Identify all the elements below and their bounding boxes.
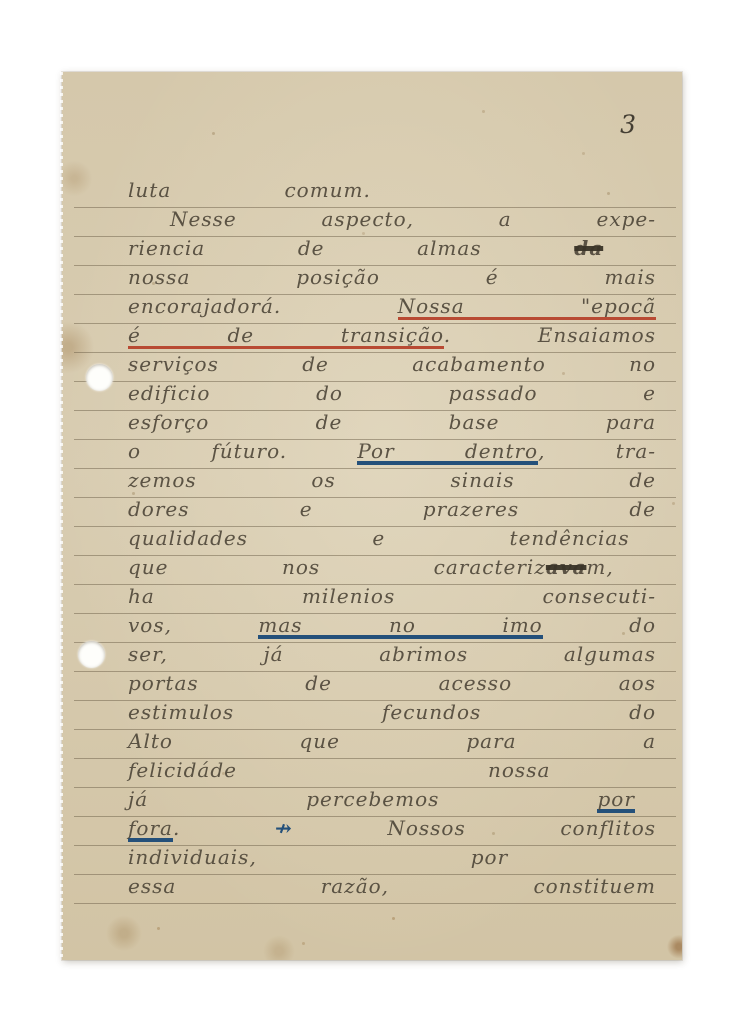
struck-text: ava xyxy=(546,555,587,579)
underlined-text: Por dentro xyxy=(357,439,538,465)
text-line: felicidáde nossa xyxy=(128,758,550,787)
underlined-text: é de transição xyxy=(128,323,444,349)
text-line: fora. ↛ Nossos conflitos xyxy=(128,816,656,845)
text-line: zemos os sinais de xyxy=(128,468,656,497)
handwritten-text: ser, já abrimos algumas xyxy=(128,642,656,666)
text-line: individuais, por xyxy=(128,845,508,874)
hole-punch-top xyxy=(86,364,113,391)
underlined-text: Nossa "epocã xyxy=(398,294,656,320)
text-line: nossa posição é mais xyxy=(128,265,656,294)
handwritten-text: nossa posição é mais xyxy=(128,265,656,289)
handwritten-text: ↛ xyxy=(275,816,293,840)
text-line: dores e prazeres de xyxy=(128,497,656,526)
handwritten-text: que nos caracteriz xyxy=(128,555,546,579)
handwritten-text: Nesse aspecto, a expe- xyxy=(170,207,656,231)
text-line: que nos caracterizavam, xyxy=(128,555,614,584)
underlined-text: mas no imo xyxy=(258,613,542,639)
handwritten-text: do xyxy=(543,613,656,637)
text-line: edificio do passado e xyxy=(128,381,656,410)
handwritten-text: dores e prazeres de xyxy=(128,497,656,521)
text-line: estimulos fecundos do xyxy=(128,700,656,729)
handwritten-text: felicidáde nossa xyxy=(128,758,550,782)
handwritten-text: m, xyxy=(586,555,613,579)
handwritten-text: essa razão, constituem xyxy=(128,874,656,898)
text-line: esforço de base para xyxy=(128,410,656,439)
deckled-edge xyxy=(60,72,63,960)
handwritten-text: edificio do passado e xyxy=(128,381,656,405)
manuscript-page: 3 luta comum.Nesse aspecto, a expe-rienc… xyxy=(62,72,682,960)
handwritten-text: Alto que para a xyxy=(128,729,656,753)
handwritten-text: o fúturo. xyxy=(128,439,357,463)
handwritten-text: riencia de almas xyxy=(128,236,574,260)
text-line: serviços de acabamento no xyxy=(128,352,656,381)
text-line: vos, mas no imo do xyxy=(128,613,656,642)
handwritten-text: zemos os sinais de xyxy=(128,468,656,492)
page-number: 3 xyxy=(620,110,636,139)
handwritten-text: portas de acesso aos xyxy=(128,671,656,695)
text-line: Alto que para a xyxy=(128,729,656,758)
handwritten-text: ha milenios consecuti- xyxy=(128,584,656,608)
handwritten-text: já percebemos xyxy=(128,787,597,811)
handwritten-text: serviços de acabamento no xyxy=(128,352,656,376)
text-line: ha milenios consecuti- xyxy=(128,584,656,613)
text-line: o fúturo. Por dentro, tra- xyxy=(128,439,656,468)
handwritten-text: encorajadorá. xyxy=(128,294,398,318)
text-line: essa razão, constituem xyxy=(128,874,656,903)
text-line: riencia de almas da xyxy=(128,236,603,265)
text-line: é de transição. Ensaiamos xyxy=(128,323,656,352)
handwritten-text: qualidades e tendências xyxy=(128,526,630,550)
text-line: luta comum. xyxy=(128,178,371,207)
handwritten-text: . xyxy=(173,816,275,840)
handwritten-text: , tra- xyxy=(538,439,656,463)
text-line: ser, já abrimos algumas xyxy=(128,642,656,671)
underlined-text: por xyxy=(597,787,634,813)
text-line: portas de acesso aos xyxy=(128,671,656,700)
handwritten-text: estimulos fecundos do xyxy=(128,700,656,724)
handwritten-text: individuais, por xyxy=(128,845,508,869)
struck-text: da xyxy=(574,236,603,260)
underlined-text: fora xyxy=(128,816,173,842)
handwritten-text: Nossos conflitos xyxy=(293,816,656,840)
handwritten-text: vos, xyxy=(128,613,258,637)
handwritten-text: . Ensaiamos xyxy=(444,323,656,347)
text-line: já percebemos por xyxy=(128,787,635,816)
hole-punch-bottom xyxy=(78,641,105,668)
handwritten-text: esforço de base para xyxy=(128,410,656,434)
text-line: qualidades e tendências xyxy=(128,526,630,555)
text-line: encorajadorá. Nossa "epocã xyxy=(128,294,656,323)
manuscript-text: luta comum.Nesse aspecto, a expe-riencia… xyxy=(128,178,656,903)
text-line: Nesse aspecto, a expe- xyxy=(128,207,656,236)
handwritten-text: luta comum. xyxy=(128,178,371,202)
